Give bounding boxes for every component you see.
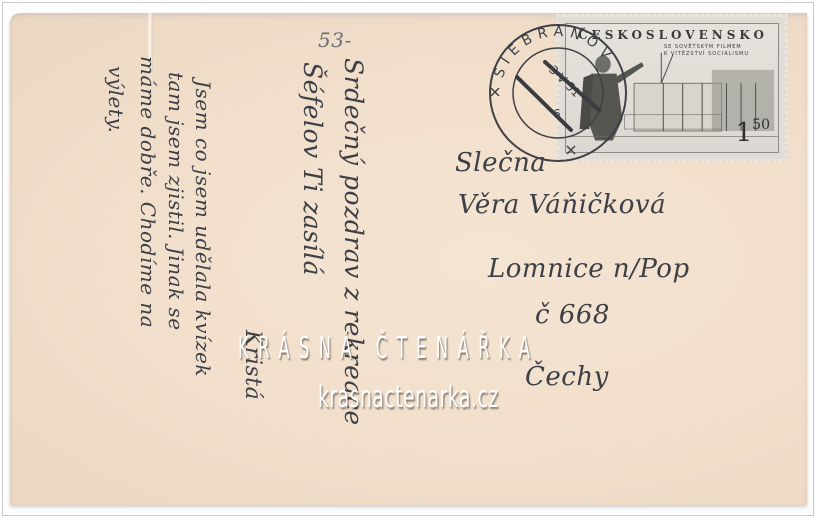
- message-line: Jsem co jsem udělala kvízek: [191, 80, 215, 377]
- address-line: č 668: [535, 300, 610, 330]
- watermark-url: krasnactenarka.cz: [318, 380, 499, 415]
- message-line: výlety.: [104, 66, 128, 133]
- message-line: tam jsem zjistil. Jinak se: [164, 72, 188, 331]
- message-line: Šéfelov Ti zasílá: [298, 62, 327, 276]
- stamp-value: 150: [736, 117, 770, 148]
- message-line: máme dobře. Chodíme na: [136, 56, 160, 328]
- address-line: Čechy: [525, 362, 609, 392]
- stamp-subtitle: SE SOVĚTSKÝM FILMEM K VÍTĚZSTVÍ SOCIALIS…: [664, 44, 749, 58]
- postmark-cancellation: SIEBRANOV 3 V 51 6: [487, 22, 629, 164]
- stamp-subtitle-line: K VÍTĚZSTVÍ SOCIALISMU: [664, 51, 749, 58]
- address-line: Věra Váňičková: [458, 190, 666, 220]
- stamp-value-main: 1: [736, 118, 753, 148]
- watermark-title: KRÁSNÁ ČTENÁŘKA: [238, 331, 623, 366]
- stamp-subtitle-line: SE SOVĚTSKÝM FILMEM: [664, 44, 749, 51]
- page-number: 53-: [318, 28, 352, 52]
- address-line: Lomnice n/Pop: [488, 254, 690, 284]
- message-line: Srdečný pozdrav z rekreace: [339, 58, 368, 426]
- stamp-value-fraction: 50: [752, 117, 770, 133]
